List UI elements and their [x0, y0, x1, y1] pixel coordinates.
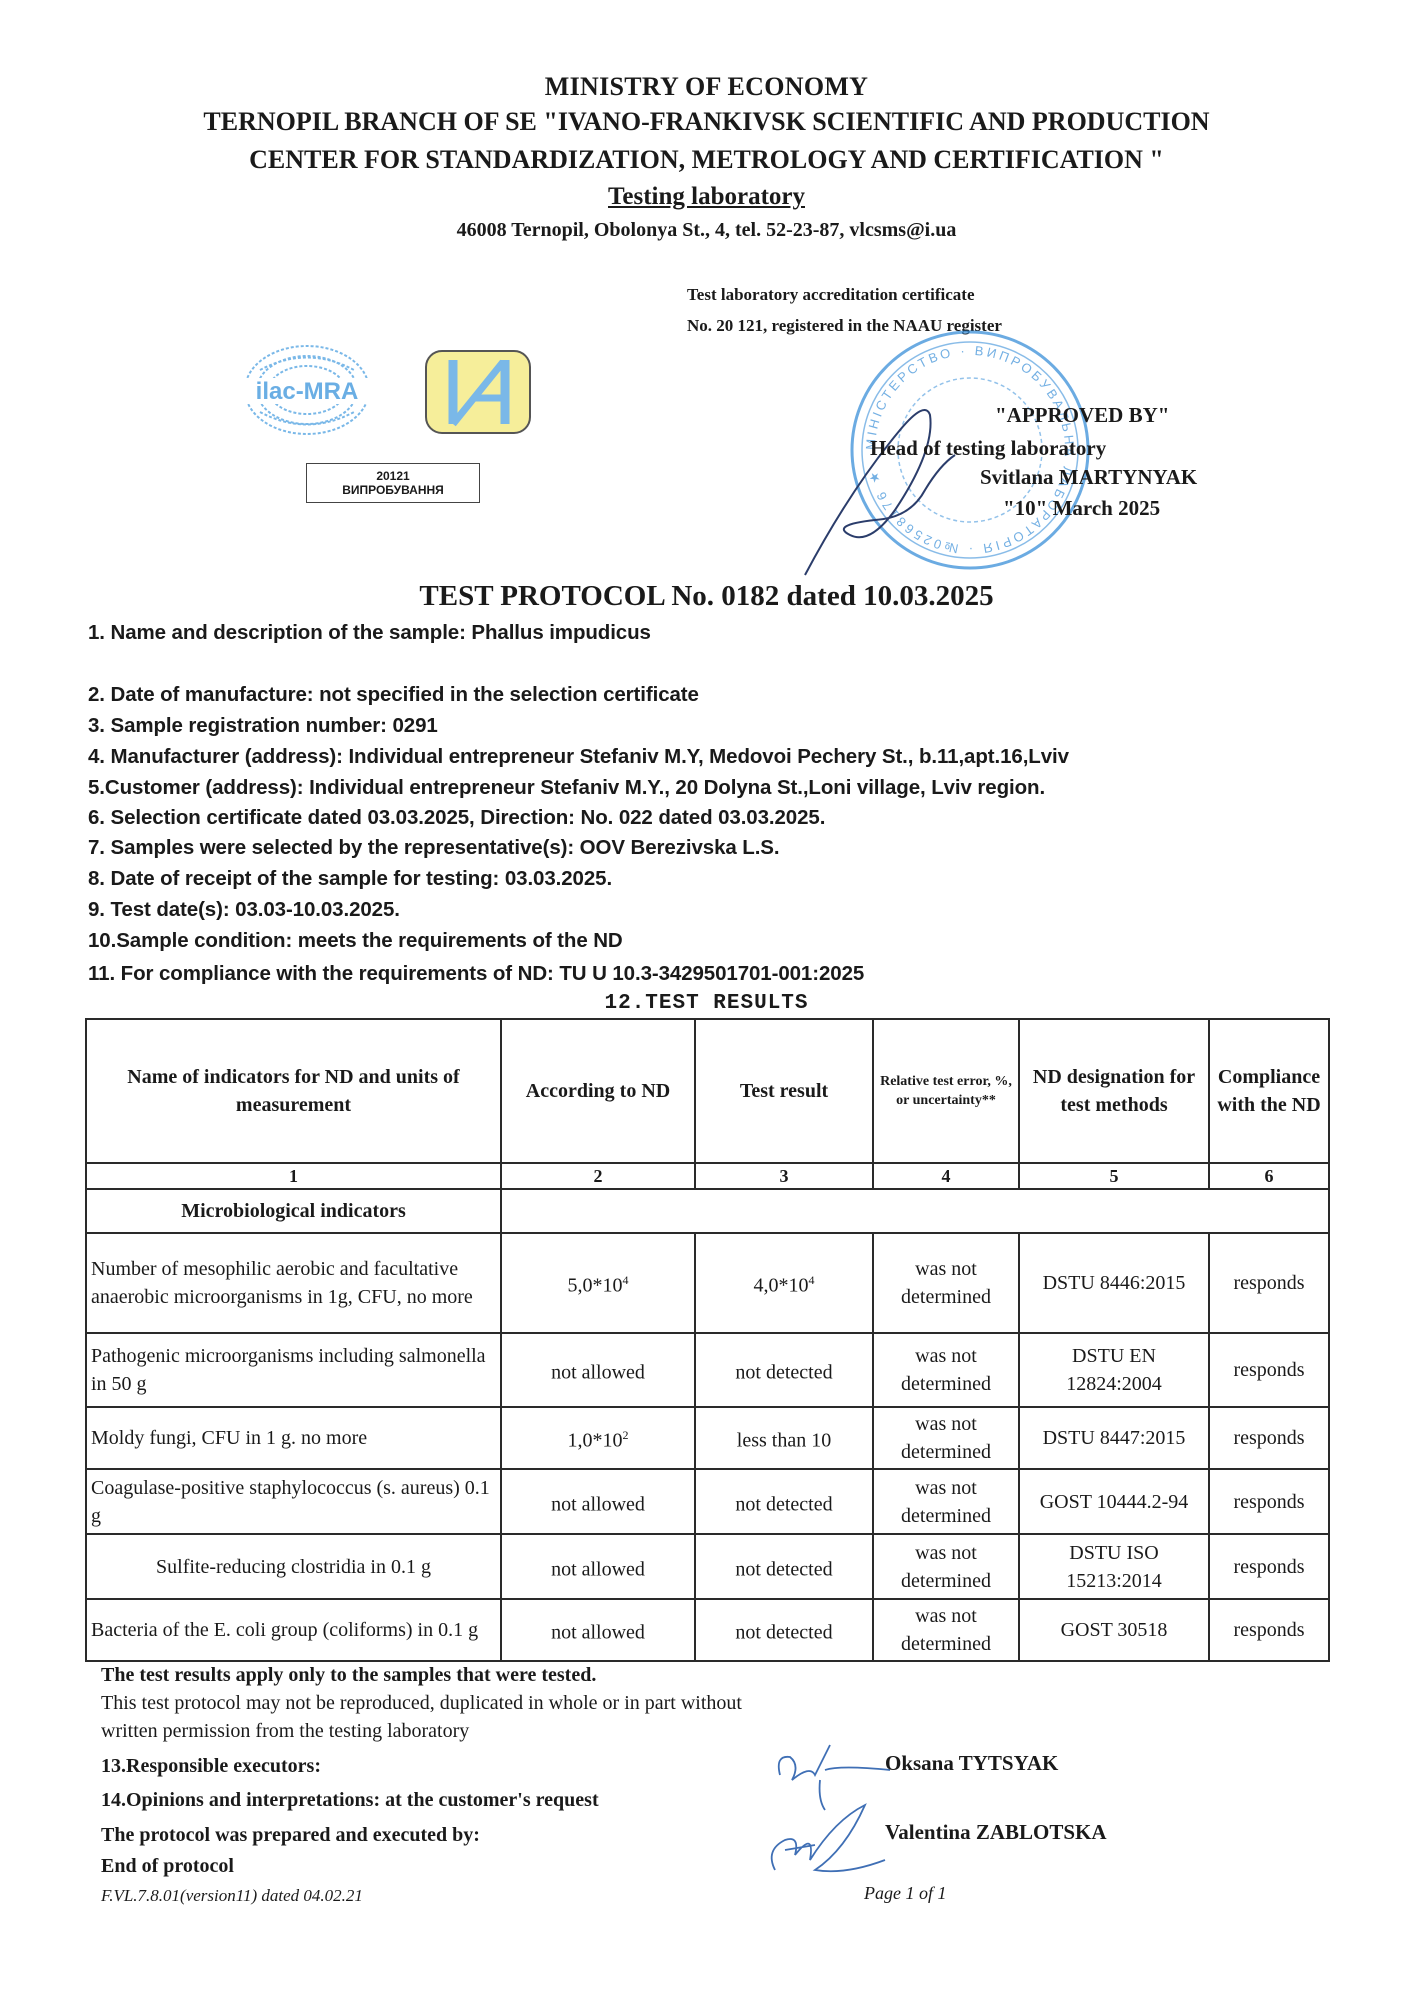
nd-value-base: not allowed	[551, 1622, 645, 1644]
results-note: The test results apply only to the sampl…	[101, 1664, 596, 1687]
end-of-protocol: End of protocol	[101, 1855, 234, 1878]
compliance-value: responds	[1209, 1407, 1329, 1469]
item-sample-name: 1. Name and description of the sample: P…	[88, 621, 651, 645]
signer-tytsyak: Oksana TYTSYAK	[885, 1751, 1058, 1776]
header-according-nd: According to ND	[501, 1019, 695, 1163]
indicator-name: Bacteria of the E. coli group (coliforms…	[86, 1599, 501, 1661]
protocol-title: TEST PROTOCOL No. 0182 dated 10.03.2025	[0, 580, 1413, 613]
approval-date: "10" March 2025	[1003, 496, 1160, 521]
approval-signature-icon	[790, 370, 990, 580]
accreditation-badge: 20121 ВИПРОБУВАННЯ	[306, 463, 480, 503]
results-table: Name of indicators for ND and units of m…	[85, 1018, 1330, 1662]
result-value: less than 10	[695, 1407, 873, 1469]
error-value: was not determined	[873, 1407, 1019, 1469]
error-value: was not determined	[873, 1233, 1019, 1333]
item-test-dates: 9. Test date(s): 03.03-10.03.2025.	[88, 898, 400, 922]
copyright-note-1: This test protocol may not be reproduced…	[101, 1692, 742, 1715]
indicator-name: Number of mesophilic aerobic and faculta…	[86, 1233, 501, 1333]
section-filler	[501, 1189, 1329, 1233]
indicator-name: Sulfite-reducing clostridia in 0.1 g	[86, 1534, 501, 1599]
result-value: 4,0*104	[695, 1233, 873, 1333]
nd-value: not allowed	[501, 1469, 695, 1534]
nd-value-base: 1,0*10	[568, 1430, 623, 1452]
form-reference: F.VL.7.8.01(version11) dated 04.02.21	[101, 1886, 363, 1906]
result-value: not detected	[695, 1469, 873, 1534]
column-number: 6	[1209, 1163, 1329, 1189]
indicator-name: Coagulase-positive staphylococcus (s. au…	[86, 1469, 501, 1534]
item-selected-by: 7. Samples were selected by the represen…	[88, 836, 779, 860]
column-number: 3	[695, 1163, 873, 1189]
nd-value-base: not allowed	[551, 1558, 645, 1580]
column-number: 1	[86, 1163, 501, 1189]
copyright-note-2: written permission from the testing labo…	[101, 1720, 469, 1743]
nd-value: not allowed	[501, 1599, 695, 1661]
section-label: Microbiological indicators	[86, 1189, 501, 1233]
responsible-executors: 13.Responsible executors:	[101, 1755, 321, 1778]
column-number: 5	[1019, 1163, 1209, 1189]
header-ministry: MINISTRY OF ECONOMY	[0, 72, 1413, 102]
result-value-base: not detected	[735, 1558, 832, 1580]
page-number: Page 1 of 1	[864, 1883, 947, 1904]
approval-role: Head of testing laboratory	[870, 436, 1106, 461]
column-number-row: 1 2 3 4 5 6	[86, 1163, 1329, 1189]
item-customer: 5.Customer (address): Individual entrepr…	[88, 776, 1045, 800]
table-row: Number of mesophilic aerobic and faculta…	[86, 1233, 1329, 1333]
header-nd-designation: ND designation for test methods	[1019, 1019, 1209, 1163]
header-test-result: Test result	[695, 1019, 873, 1163]
results-title: 12.TEST RESULTS	[0, 992, 1413, 1015]
error-value: was not determined	[873, 1469, 1019, 1534]
header-indicator: Name of indicators for ND and units of m…	[86, 1019, 501, 1163]
nd-value: 5,0*104	[501, 1233, 695, 1333]
method-value: DSTU EN 12824:2004	[1019, 1333, 1209, 1407]
nd-value-base: not allowed	[551, 1362, 645, 1384]
item-selection-certificate: 6. Selection certificate dated 03.03.202…	[88, 806, 825, 830]
result-value: not detected	[695, 1599, 873, 1661]
column-number: 2	[501, 1163, 695, 1189]
header-lab-name: Testing laboratory	[0, 183, 1413, 211]
header-center: CENTER FOR STANDARDIZATION, METROLOGY AN…	[0, 145, 1413, 175]
result-value-exponent: 4	[809, 1273, 815, 1287]
approval-name: Svitlana MARTYNYAK	[980, 465, 1197, 490]
nd-value-exponent: 4	[623, 1273, 629, 1287]
nd-value: not allowed	[501, 1333, 695, 1407]
table-row: Coagulase-positive staphylococcus (s. au…	[86, 1469, 1329, 1534]
compliance-value: responds	[1209, 1599, 1329, 1661]
item-manufacture-date: 2. Date of manufacture: not specified in…	[88, 683, 699, 707]
item-registration-number: 3. Sample registration number: 0291	[88, 714, 438, 738]
indicator-name: Moldy fungi, CFU in 1 g. no more	[86, 1407, 501, 1469]
error-value: was not determined	[873, 1534, 1019, 1599]
nd-value-base: not allowed	[551, 1493, 645, 1515]
table-row: Pathogenic microorganisms including salm…	[86, 1333, 1329, 1407]
nd-value-exponent: 2	[623, 1428, 629, 1442]
table-row: Sulfite-reducing clostridia in 0.1 g not…	[86, 1534, 1329, 1599]
error-value: was not determined	[873, 1599, 1019, 1661]
item-manufacturer: 4. Manufacturer (address): Individual en…	[88, 745, 1069, 769]
item-receipt-date: 8. Date of receipt of the sample for tes…	[88, 867, 612, 891]
nd-value: not allowed	[501, 1534, 695, 1599]
table-header-row: Name of indicators for ND and units of m…	[86, 1019, 1329, 1163]
signature-zablotska-icon	[755, 1800, 895, 1880]
method-value: GOST 30518	[1019, 1599, 1209, 1661]
prepared-by: The protocol was prepared and executed b…	[101, 1824, 480, 1847]
item-sample-condition: 10.Sample condition: meets the requireme…	[88, 929, 623, 953]
compliance-value: responds	[1209, 1333, 1329, 1407]
indicator-name: Pathogenic microorganisms including salm…	[86, 1333, 501, 1407]
opinions-interpretations: 14.Opinions and interpretations: at the …	[101, 1789, 599, 1812]
result-value-base: 4,0*10	[754, 1275, 809, 1297]
header-address: 46008 Ternopil, Obolonya St., 4, tel. 52…	[0, 219, 1413, 242]
signer-zablotska: Valentina ZABLOTSKA	[885, 1820, 1107, 1845]
method-value: DSTU ISO 15213:2014	[1019, 1534, 1209, 1599]
result-value: not detected	[695, 1534, 873, 1599]
method-value: DSTU 8446:2015	[1019, 1233, 1209, 1333]
accreditation-line-1: Test laboratory accreditation certificat…	[687, 285, 975, 305]
table-row: Bacteria of the E. coli group (coliforms…	[86, 1599, 1329, 1661]
method-value: DSTU 8447:2015	[1019, 1407, 1209, 1469]
result-value-base: not detected	[735, 1362, 832, 1384]
compliance-value: responds	[1209, 1233, 1329, 1333]
nd-value-base: 5,0*10	[568, 1275, 623, 1297]
method-value: GOST 10444.2-94	[1019, 1469, 1209, 1534]
compliance-value: responds	[1209, 1534, 1329, 1599]
item-compliance-nd: 11. For compliance with the requirements…	[88, 962, 864, 986]
error-value: was not determined	[873, 1333, 1019, 1407]
result-value-base: less than 10	[737, 1430, 831, 1452]
result-value-base: not detected	[735, 1622, 832, 1644]
accreditation-badge-number: 20121	[307, 469, 479, 483]
table-row: Moldy fungi, CFU in 1 g. no more 1,0*102…	[86, 1407, 1329, 1469]
approval-title: "APPROVED BY"	[995, 403, 1169, 428]
section-row: Microbiological indicators	[86, 1189, 1329, 1233]
result-value: not detected	[695, 1333, 873, 1407]
compliance-value: responds	[1209, 1469, 1329, 1534]
ilac-mra-logo-icon: ilac-MRA	[240, 340, 375, 440]
header-branch: TERNOPIL BRANCH OF SE "IVANO-FRANKIVSK S…	[0, 107, 1413, 137]
national-accreditation-logo-icon	[423, 348, 533, 436]
nd-value: 1,0*102	[501, 1407, 695, 1469]
result-value-base: not detected	[735, 1493, 832, 1515]
column-number: 4	[873, 1163, 1019, 1189]
accreditation-badge-label: ВИПРОБУВАННЯ	[307, 483, 479, 497]
ilac-logo-text: ilac-MRA	[256, 378, 359, 405]
header-compliance: Compliance with the ND	[1209, 1019, 1329, 1163]
header-relative-error: Relative test error, %, or uncertainty**	[873, 1019, 1019, 1163]
